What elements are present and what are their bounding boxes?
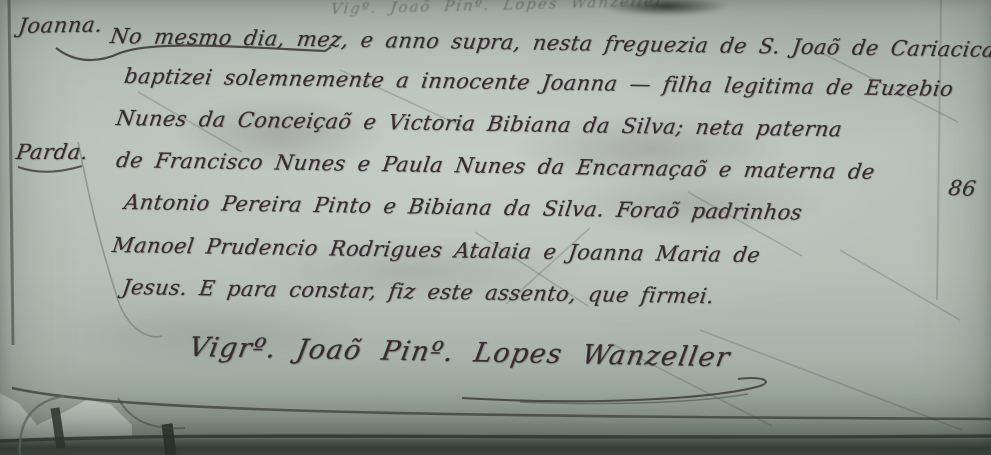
- record-line-4: de Francisco Nunes e Paula Nunes da Enca…: [115, 148, 877, 184]
- record-line-6: Manoel Prudencio Rodrigues Atalaia e Joa…: [111, 233, 762, 267]
- page-number: 86: [947, 176, 977, 201]
- record-line-3: Nunes da Conceiçaõ e Victoria Bibiana da…: [115, 106, 844, 141]
- book-edge-strip: [0, 439, 991, 455]
- previous-entry-bleedthrough: Vigº. Joaõ Pinº. Lopes Wanzeller: [329, 0, 692, 24]
- baptism-register-photo: Vigº. Joaõ Pinº. Lopes Wanzeller Joanna.…: [0, 0, 991, 455]
- priest-signature: Vigrº. Joaõ Pinº. Lopes Wanzeller: [186, 332, 733, 373]
- margin-note-parda: Parda.: [15, 140, 90, 164]
- record-line-7: Jesus. E para constar, fiz este assento,…: [121, 275, 716, 308]
- margin-name-joanna: Joanna.: [17, 13, 104, 39]
- record-line-5: Antonio Pereira Pinto e Bibiana da Silva…: [123, 190, 804, 225]
- record-line-1: No mesmo dia, mez, e anno supra, nesta f…: [109, 24, 991, 62]
- record-line-2: baptizei solemnemente a innocente Joanna…: [123, 64, 955, 101]
